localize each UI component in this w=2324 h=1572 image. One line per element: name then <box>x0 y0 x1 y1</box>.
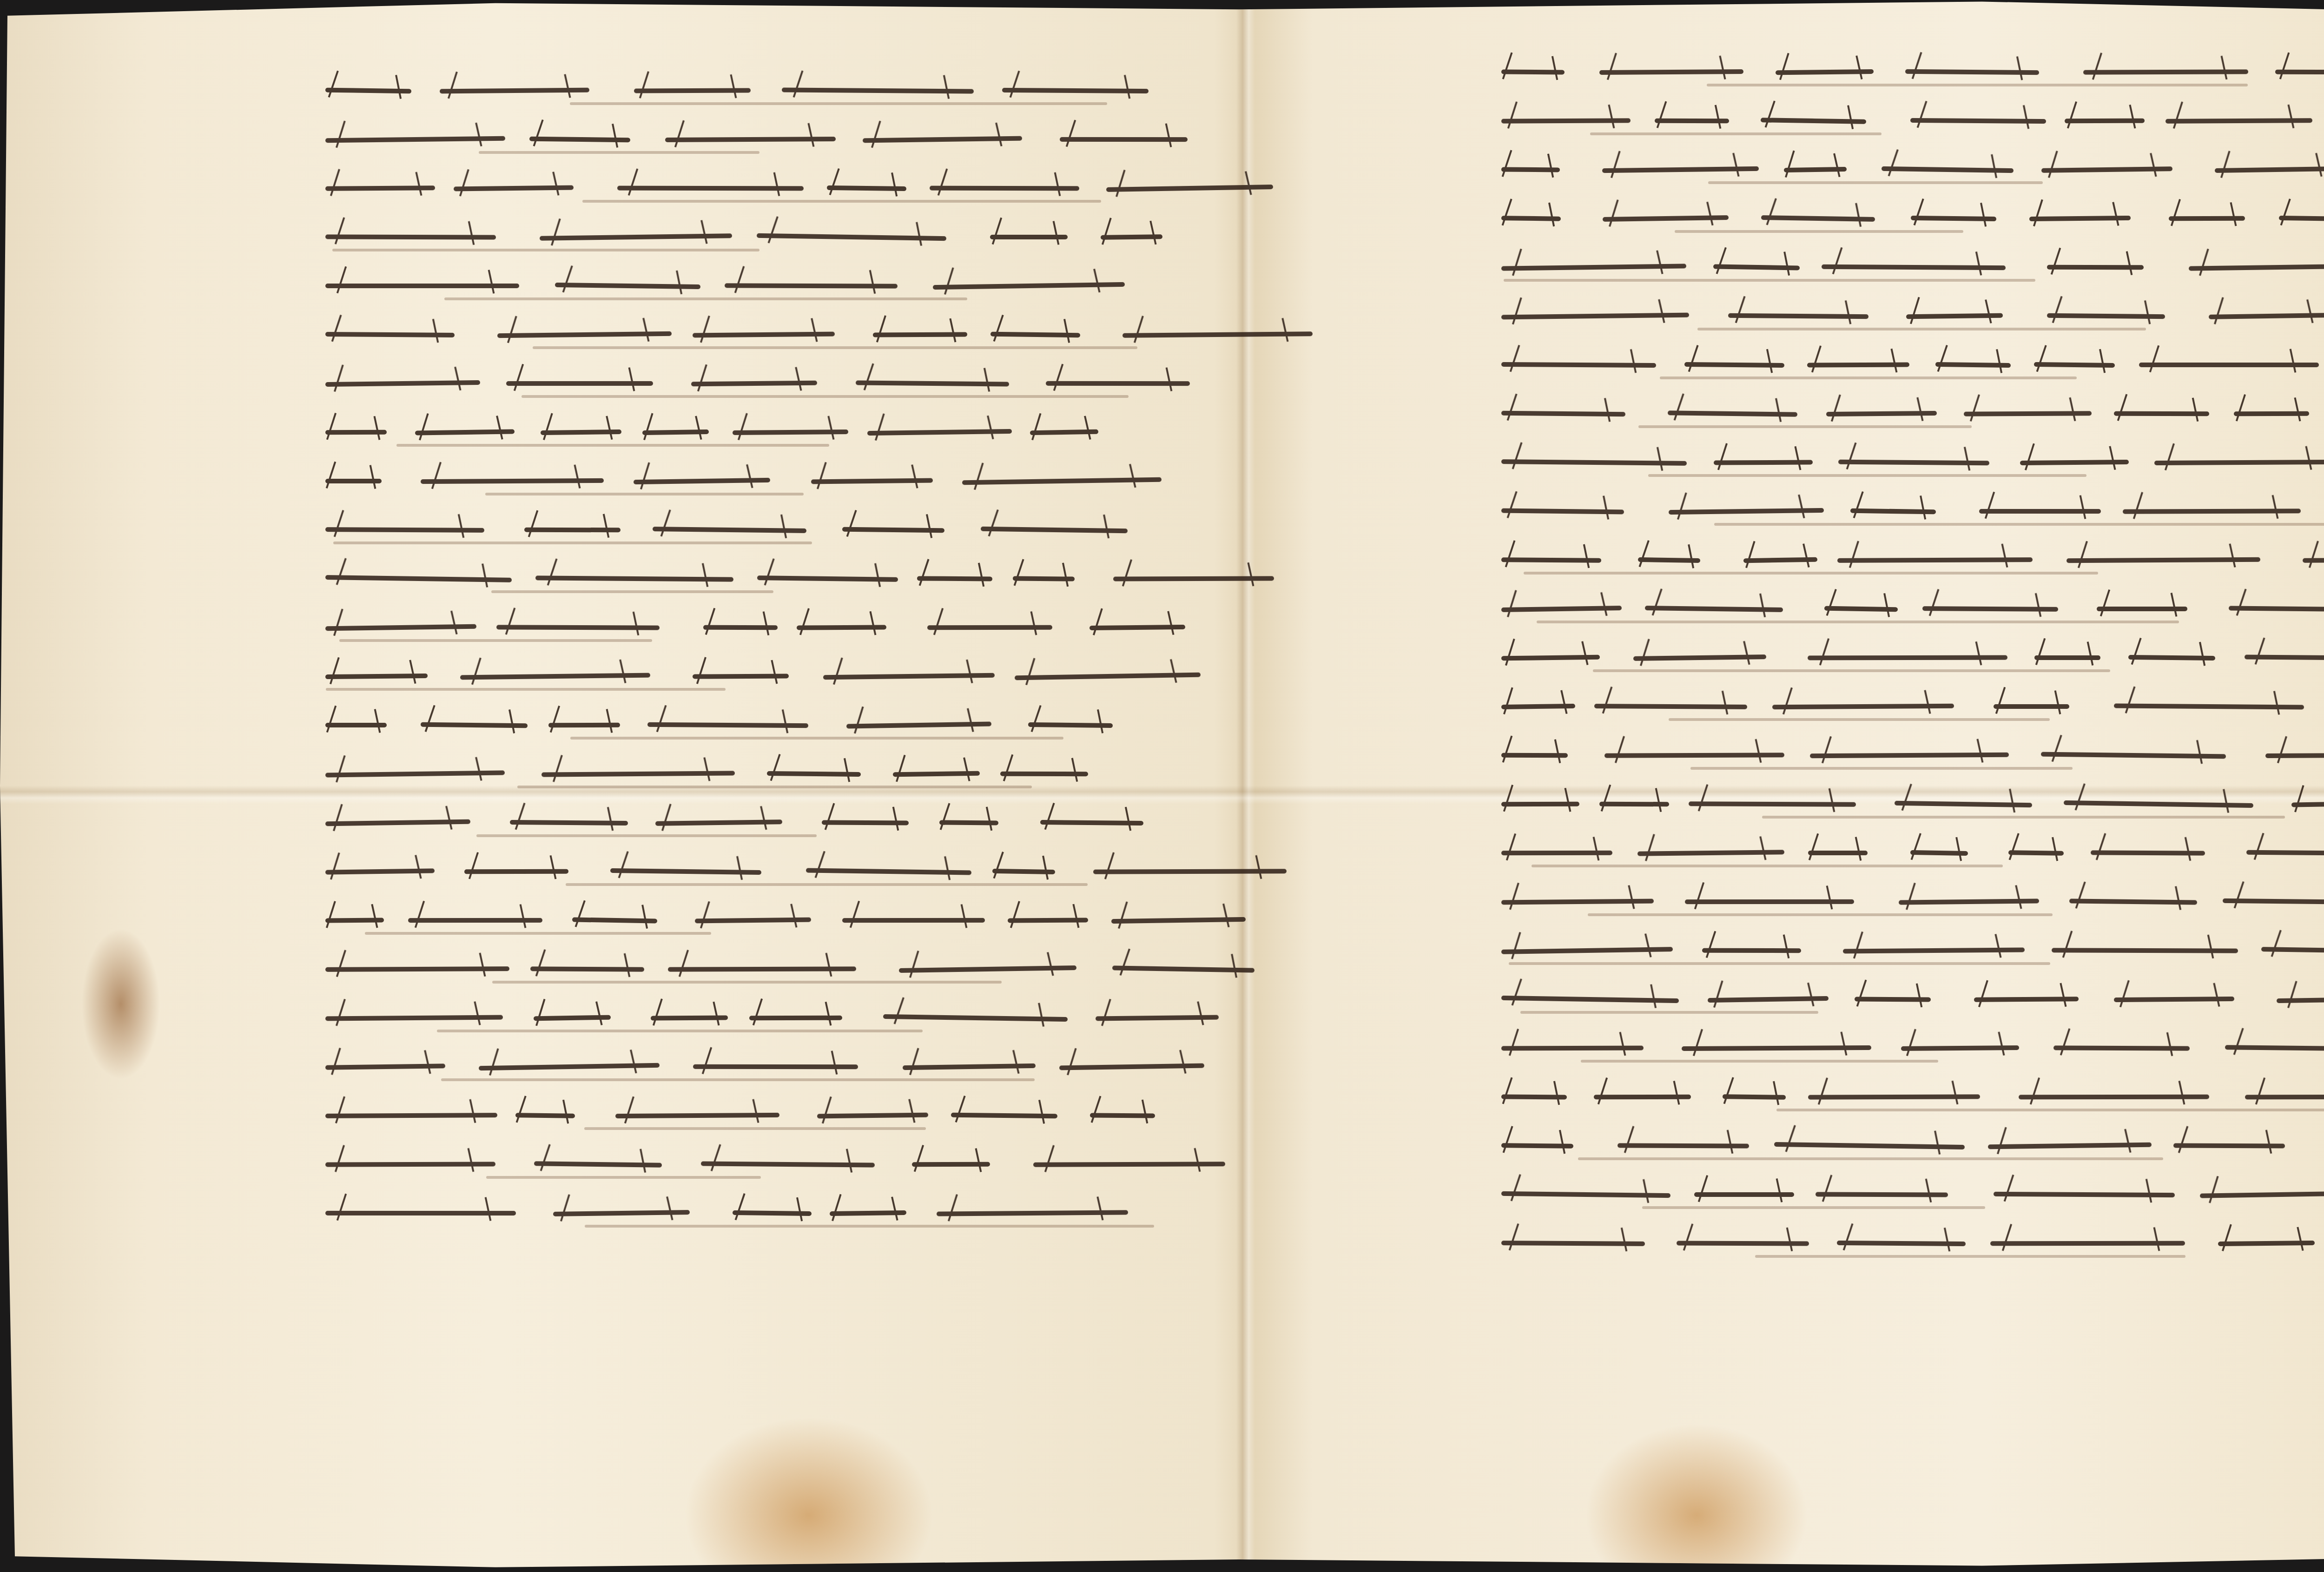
manuscript-line <box>325 558 1232 607</box>
manuscript-line <box>325 948 1232 997</box>
ink-word <box>703 625 777 630</box>
ink-word <box>1776 69 1874 75</box>
ink-word <box>2173 1143 2285 1148</box>
ink-word <box>1714 460 1813 465</box>
manuscript-line <box>325 1046 1232 1095</box>
ink-word <box>842 527 944 533</box>
ink-word <box>1910 118 2046 124</box>
ink-word <box>665 137 836 142</box>
ink-word <box>912 1162 990 1167</box>
ink-word <box>325 1113 497 1118</box>
ink-word <box>830 1210 907 1216</box>
ink-word <box>1808 655 2007 661</box>
ink-word <box>1784 167 1847 172</box>
ink-word <box>2097 607 2187 611</box>
ink-word <box>655 819 782 826</box>
ink-word <box>2067 557 2260 563</box>
manuscript-line <box>1501 393 2324 442</box>
ink-word <box>325 575 512 582</box>
ink-word <box>1645 606 1783 612</box>
ink-word <box>325 918 384 923</box>
ink-word <box>421 722 528 728</box>
ink-word <box>1837 557 2033 563</box>
ink-word <box>806 868 971 875</box>
ink-word <box>2019 1095 2209 1100</box>
manuscript-line <box>325 1192 1232 1241</box>
manuscript-line <box>325 1095 1232 1143</box>
ink-word <box>827 185 906 191</box>
ink-word <box>899 965 1076 973</box>
transcription-note: Script not reliably legible; text not tr… <box>0 0 0 0</box>
manuscript-line <box>1501 198 2324 246</box>
ink-word <box>1501 509 1624 515</box>
ink-word <box>479 1063 660 1070</box>
ink-word <box>1501 118 1631 123</box>
manuscript-line <box>1501 637 2324 686</box>
ink-word <box>2029 216 2131 221</box>
ink-word <box>325 1063 445 1070</box>
ink-word <box>325 136 505 143</box>
ink-word <box>2123 509 2301 514</box>
manuscript-line <box>1501 344 2324 393</box>
manuscript-line <box>325 314 1232 363</box>
ink-word <box>822 820 909 826</box>
ink-word <box>1633 654 1766 661</box>
ink-word <box>1028 722 1112 728</box>
ink-word <box>1994 704 2069 709</box>
ink-word <box>1807 363 1909 368</box>
manuscript-line <box>1501 832 2324 881</box>
ink-word <box>990 332 1081 337</box>
ink-word <box>325 234 496 239</box>
ink-word <box>515 1113 575 1118</box>
ink-word <box>2245 654 2324 661</box>
ink-word <box>325 1162 495 1167</box>
ink-word <box>460 673 650 680</box>
ink-word <box>1603 215 1729 222</box>
ink-word <box>1935 362 2011 368</box>
ink-word <box>2091 850 2205 855</box>
ink-word <box>555 283 700 289</box>
ink-word <box>1669 508 1824 515</box>
manuscript-line <box>1501 783 2324 832</box>
ink-word <box>1713 264 1800 270</box>
ink-word <box>733 429 848 435</box>
ink-word <box>1689 801 1856 807</box>
ink-word <box>2234 411 2309 416</box>
manuscript-line <box>325 704 1232 753</box>
ink-word <box>782 87 974 93</box>
manuscript-line <box>1501 1174 2324 1222</box>
ink-word <box>1843 947 2025 953</box>
manuscript-line <box>1501 1125 2324 1174</box>
ink-word <box>811 478 933 484</box>
ink-word <box>1702 948 1801 953</box>
ink-word <box>1922 606 2058 612</box>
ink-word <box>1008 918 1088 923</box>
ink-word <box>1501 69 1565 74</box>
ink-word <box>883 1014 1068 1022</box>
ink-word <box>1850 509 1936 515</box>
ink-word <box>325 674 428 679</box>
ink-word <box>1964 411 2092 416</box>
ink-word <box>1708 996 1829 1003</box>
ink-word <box>1000 772 1088 776</box>
ink-word <box>1040 820 1143 826</box>
ink-word <box>1030 429 1098 435</box>
ink-word <box>817 1113 928 1119</box>
manuscript-line <box>325 216 1232 265</box>
ink-word <box>1911 216 1996 221</box>
ink-word <box>873 332 967 337</box>
ink-word <box>951 1113 1057 1119</box>
ink-word <box>1655 119 1729 124</box>
manuscript-line <box>325 802 1232 851</box>
ink-word <box>1501 947 1673 954</box>
ink-word <box>2209 313 2324 319</box>
ink-word <box>823 673 995 680</box>
ink-word <box>642 429 709 435</box>
ink-word <box>325 624 476 631</box>
ink-word <box>325 380 481 387</box>
ink-word <box>2229 606 2324 612</box>
ink-word <box>1808 851 1868 855</box>
ink-word <box>2047 265 2144 270</box>
ink-word <box>2189 264 2324 271</box>
ink-word <box>440 88 589 94</box>
ink-word <box>1112 965 1255 972</box>
ink-word <box>1046 381 1190 386</box>
ink-word <box>541 429 621 435</box>
ink-word <box>1501 313 1689 320</box>
ink-word <box>1501 167 1560 172</box>
ink-word <box>1122 331 1313 338</box>
ink-word <box>1743 557 1817 563</box>
ink-word <box>535 575 733 581</box>
ink-word <box>1015 673 1201 680</box>
ink-word <box>325 88 411 94</box>
ink-word <box>2114 411 2209 416</box>
ink-word <box>1501 851 1612 855</box>
ink-word <box>2047 313 2165 319</box>
ink-word <box>1882 166 2014 173</box>
ink-word <box>541 771 735 777</box>
ink-word <box>856 380 1009 386</box>
ink-word <box>1594 704 1747 709</box>
ink-word <box>1988 1143 2152 1149</box>
ink-word <box>454 185 574 192</box>
ink-word <box>1728 313 1868 319</box>
ink-word <box>980 527 1127 534</box>
ink-word <box>701 1161 875 1167</box>
ink-word <box>1501 362 1656 368</box>
ink-word <box>937 1210 1128 1216</box>
ink-word <box>1838 460 1989 466</box>
ink-word <box>1761 118 1866 124</box>
ink-word <box>2279 216 2324 221</box>
manuscript-line <box>1501 1076 2324 1125</box>
ink-word <box>2154 460 2324 465</box>
manuscript-line <box>1501 881 2324 930</box>
ink-word <box>325 284 519 288</box>
ink-word <box>1501 802 1579 806</box>
manuscript-line <box>325 753 1232 802</box>
manuscript-line <box>325 119 1232 167</box>
ink-word <box>1111 917 1246 924</box>
ink-word <box>1604 753 1785 758</box>
ink-word <box>1501 1094 1567 1099</box>
ink-word <box>325 479 382 483</box>
ink-word <box>2128 655 2216 661</box>
ink-word <box>529 137 630 143</box>
ink-word <box>695 918 811 924</box>
manuscript-line <box>325 607 1232 655</box>
ink-word <box>2245 1095 2324 1100</box>
ink-word <box>1808 1094 1980 1099</box>
ink-word <box>1101 234 1162 239</box>
ink-word <box>533 1015 610 1021</box>
ink-word <box>634 88 751 93</box>
ink-word <box>2064 800 2253 808</box>
ink-word <box>1501 216 1561 221</box>
manuscript-line <box>325 363 1232 411</box>
manuscript-line <box>1501 490 2324 539</box>
ink-word <box>325 819 470 826</box>
ink-word <box>992 869 1055 874</box>
ink-word <box>610 868 761 875</box>
ink-word <box>1837 1241 1966 1246</box>
manuscript-line <box>1501 149 2324 198</box>
ink-word <box>1602 166 1759 173</box>
ink-word <box>1694 1192 1794 1197</box>
ink-word <box>2008 850 2064 856</box>
ink-word <box>2069 898 2197 905</box>
ink-word <box>2053 1045 2189 1050</box>
ink-word <box>496 625 660 630</box>
ink-word <box>1093 869 1287 874</box>
ink-word <box>2215 166 2324 173</box>
ink-word <box>1638 557 1700 563</box>
ink-word <box>797 625 886 630</box>
ink-word <box>767 771 861 777</box>
ink-word <box>615 1113 779 1118</box>
manuscript-line <box>1501 51 2324 100</box>
ink-word <box>325 966 509 972</box>
left-page-text <box>325 70 1232 1241</box>
ink-word <box>634 478 770 484</box>
ink-word <box>2041 166 2172 173</box>
ink-word <box>842 918 985 923</box>
ink-word <box>1113 576 1274 581</box>
manuscript-line <box>325 167 1232 216</box>
ink-word <box>1501 704 1576 709</box>
ink-word <box>2034 655 2100 660</box>
ink-word <box>2052 948 2238 953</box>
ink-word <box>1501 1241 1645 1246</box>
ink-word <box>693 674 789 679</box>
manuscript-line <box>1501 588 2324 637</box>
ink-word <box>1723 1094 1786 1100</box>
ink-word <box>1774 1142 1965 1149</box>
ink-word <box>749 1016 842 1020</box>
ink-word <box>2169 216 2245 221</box>
ink-word <box>325 185 435 191</box>
ink-word <box>903 1063 1036 1070</box>
ink-word <box>1772 704 1954 709</box>
ink-word <box>1089 625 1185 630</box>
ink-word <box>2223 898 2324 905</box>
ink-word <box>2041 752 2226 759</box>
right-page-text <box>1501 51 2324 1271</box>
ink-word <box>2114 997 2234 1002</box>
ink-word <box>846 721 991 728</box>
ink-word <box>2246 850 2324 856</box>
ink-word <box>497 331 672 338</box>
ink-word <box>1677 1241 1809 1246</box>
ink-word <box>933 282 1125 290</box>
ink-word <box>1501 996 1679 1003</box>
ink-word <box>1761 215 1875 222</box>
ink-word <box>2166 118 2312 124</box>
ink-word <box>653 527 806 533</box>
ink-word <box>756 233 946 241</box>
ink-word <box>1855 997 1931 1002</box>
manuscript-line <box>1501 1027 2324 1076</box>
ink-word <box>725 283 898 288</box>
ink-word <box>1501 606 1622 612</box>
ink-word <box>421 478 604 484</box>
manuscript-line <box>325 509 1232 558</box>
ink-word <box>325 1211 516 1215</box>
ink-word <box>2065 119 2145 124</box>
ink-word <box>530 966 644 971</box>
ink-word <box>1618 1143 1749 1148</box>
ink-word <box>464 869 568 874</box>
manuscript-line <box>325 655 1232 704</box>
ink-word <box>1013 576 1075 581</box>
ink-word <box>1501 264 1686 271</box>
ink-word <box>1002 88 1149 93</box>
manuscript-line <box>325 411 1232 460</box>
ink-word <box>1059 1063 1204 1070</box>
manuscript-line <box>1501 442 2324 490</box>
ink-word <box>1899 898 2039 905</box>
ink-word <box>2114 703 2304 709</box>
ink-word <box>1501 899 1654 905</box>
manuscript-line <box>1501 100 2324 149</box>
manuscript-line <box>325 460 1232 509</box>
manuscript-line <box>1501 246 2324 295</box>
ink-word <box>863 136 1022 143</box>
ink-word <box>1501 557 1601 562</box>
ink-word <box>1810 753 2009 759</box>
manuscript-line <box>325 70 1232 119</box>
ink-word <box>534 1161 662 1168</box>
ink-word <box>325 770 505 777</box>
ink-word <box>1501 1191 1670 1198</box>
manuscript-line <box>1501 1222 2324 1271</box>
ink-word <box>2200 1191 2324 1198</box>
ink-word <box>1501 1143 1573 1149</box>
manuscript-line <box>325 851 1232 899</box>
ink-word <box>1979 509 2101 514</box>
ink-word <box>408 918 542 923</box>
ink-word <box>540 233 732 241</box>
ink-word <box>1501 1046 1644 1051</box>
ink-word <box>1599 802 1669 806</box>
manuscript-line <box>1501 539 2324 588</box>
ink-word <box>1096 1015 1219 1021</box>
ink-word <box>2291 801 2324 807</box>
ink-word <box>693 332 835 338</box>
ink-word <box>1090 1113 1155 1118</box>
ink-word <box>510 820 628 826</box>
ink-word <box>553 1210 690 1216</box>
ink-word <box>893 771 980 777</box>
ink-word <box>867 429 1012 436</box>
ink-word <box>2265 753 2324 758</box>
ink-word <box>917 576 992 581</box>
ink-word <box>1824 606 1898 612</box>
ink-word <box>415 429 515 435</box>
ink-word <box>1033 1162 1225 1167</box>
ink-word <box>1685 899 1854 904</box>
ink-word <box>651 1015 728 1020</box>
ink-word <box>1905 69 2039 75</box>
ink-word <box>1901 1045 2019 1051</box>
ink-word <box>1895 801 2032 807</box>
ink-word <box>927 625 1052 630</box>
ink-word <box>2277 996 2324 1003</box>
ink-word <box>1682 1045 1871 1051</box>
ink-word <box>2275 70 2324 75</box>
ink-word <box>1599 69 1743 75</box>
manuscript-line <box>1501 978 2324 1027</box>
ink-word <box>1826 411 1937 416</box>
ink-word <box>617 186 804 191</box>
ink-word <box>1594 1095 1691 1099</box>
manuscript-line <box>325 997 1232 1046</box>
ink-word <box>1501 459 1687 466</box>
ink-word <box>668 966 856 971</box>
ink-word <box>2034 362 2115 368</box>
ink-word <box>325 527 484 533</box>
manuscript-line <box>1501 295 2324 344</box>
ink-word <box>962 477 1162 485</box>
ink-word <box>2218 1241 2315 1246</box>
manuscript-line <box>1501 930 2324 978</box>
ink-word <box>693 1064 858 1069</box>
manuscript-line <box>325 265 1232 314</box>
manuscript-line <box>325 899 1232 948</box>
ink-word <box>1910 850 1968 856</box>
ink-word <box>1501 411 1625 417</box>
ink-word <box>1822 264 2006 270</box>
ink-word <box>2139 363 2319 367</box>
manuscript-line <box>1501 686 2324 734</box>
ink-word <box>548 723 620 727</box>
ink-word <box>757 575 898 582</box>
ink-word <box>990 235 1068 239</box>
manuscript-line <box>1501 734 2324 783</box>
ink-word <box>1994 1192 2175 1197</box>
ink-word <box>1501 753 1568 758</box>
ink-word <box>2261 947 2324 954</box>
ink-word <box>1974 997 2079 1002</box>
ink-word <box>1816 1192 1948 1197</box>
ink-word <box>506 381 653 386</box>
ink-word <box>1637 850 1784 856</box>
